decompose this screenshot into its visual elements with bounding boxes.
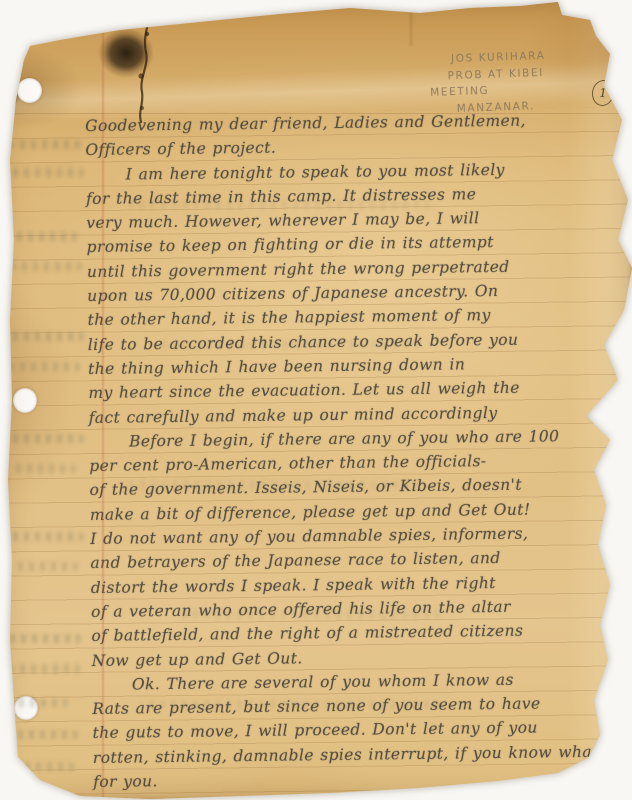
bleed-through-smudge — [8, 168, 84, 177]
bleed-through-smudge — [180, 610, 440, 619]
bleed-through-smudge — [4, 434, 84, 443]
paper-sheet: Goodevening my dear friend, Ladies and G… — [0, 0, 632, 800]
bleed-through-smudge — [12, 562, 78, 571]
aged-paper: Goodevening my dear friend, Ladies and G… — [0, 0, 632, 800]
bleed-through-smudge — [140, 700, 440, 709]
bleed-through-smudge — [8, 698, 68, 707]
bleed-through-smudge — [12, 262, 82, 271]
bleed-through-smudge — [10, 140, 80, 149]
bleed-through-smudge — [130, 200, 430, 209]
hole-punch-middle — [13, 388, 37, 413]
bleed-through-smudge — [10, 464, 76, 473]
bleed-through-smudge — [14, 762, 74, 771]
bleed-through-smudge — [6, 332, 84, 341]
bleed-through-smudge — [10, 362, 80, 371]
bleed-through-smudge — [10, 664, 80, 673]
bleed-through-smudge — [6, 532, 84, 541]
bleed-through-smudge — [120, 480, 420, 489]
bleed-through-smudge — [5, 232, 77, 241]
ink-stain-top — [128, 0, 170, 22]
bleed-through-smudge — [6, 730, 78, 739]
hole-punch-top — [17, 78, 42, 103]
ink-squiggle — [0, 0, 632, 800]
scan-background: Goodevening my dear friend, Ladies and G… — [0, 0, 632, 800]
bleed-through-smudge — [5, 634, 81, 643]
bleed-through-smudge — [160, 340, 420, 349]
